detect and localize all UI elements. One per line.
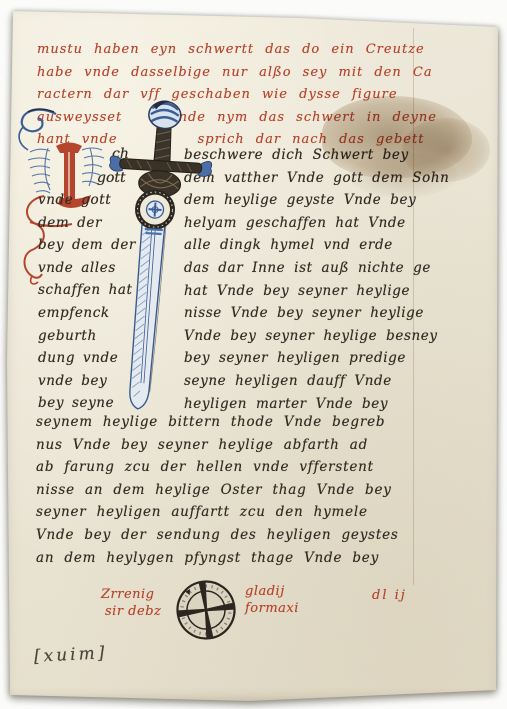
text-line: das dar Inne ist auß nichte ge	[184, 260, 449, 283]
colophon-text: gladij	[245, 583, 299, 600]
text-line: an dem heylygen pfyngst thage Vnde bey	[36, 550, 399, 573]
text-line: helyam geschaffen hat Vnde	[184, 215, 449, 238]
colophon-text: sir debz	[101, 603, 161, 620]
text-line: Vnde bey der sendung des heyligen geyste…	[36, 527, 399, 550]
footer-inscription: [xuim]	[34, 643, 108, 667]
sword-illustration	[93, 97, 217, 433]
text-line: seyne heyligen dauff Vnde	[184, 373, 449, 396]
blue-flourish-icon	[10, 104, 62, 156]
colophon-right: gladij formaxi	[245, 583, 299, 617]
text-line: beschwere dich Schwert bey	[184, 147, 449, 170]
text-line: Vnde bey seyner heylige besney	[184, 328, 449, 351]
page-shadow: 75 mustu haben eyn schwertt das do ein C…	[0, 0, 507, 709]
colophon-text: Zrrenig	[101, 586, 161, 603]
full-width-text-block: seynem heylige bittern thode Vnde begreb…	[36, 414, 399, 572]
rubric-line: mustu haben eyn schwertt das do ein Creu…	[37, 42, 437, 65]
right-text-column: beschwere dich Schwert bey dem vatther V…	[184, 147, 449, 418]
colophon-left: Zrrenig sir debz	[101, 586, 161, 620]
quire-signature: dl ij	[372, 588, 407, 603]
text-line: alle dingk hymel vnd erde	[184, 237, 449, 260]
colophon-text: formaxi	[245, 600, 299, 617]
manuscript-page: 75 mustu haben eyn schwertt das do ein C…	[0, 0, 507, 709]
rubric-line: habe vnde dasselbige nur alßo sey mit de…	[37, 65, 437, 88]
text-line: dem vatther Vnde gott dem Sohn	[184, 170, 449, 193]
text-line: dem heylige geyste Vnde bey	[184, 192, 449, 215]
text-line: nus Vnde bey seyner heylige abfarth ad	[36, 437, 399, 460]
cross-seal-diagram	[168, 576, 244, 646]
rubric-line: ausweyssetvnde nym das schwert in deyne	[37, 110, 437, 133]
folio-number: 75	[458, 12, 477, 27]
text-line: nisse an dem heylige Oster thag Vnde bey	[36, 482, 399, 505]
rubric-line: ractern dar vff geschaben wie dysse figu…	[37, 87, 437, 110]
text-line: seynem heylige bittern thode Vnde begreb	[36, 414, 399, 437]
text-line: nisse Vnde bey seyner heylige	[184, 305, 449, 328]
text-line: hat Vnde bey seyner heylige	[184, 283, 449, 306]
text-line: ab farung zcu der hellen vnde vfferstent	[36, 459, 399, 482]
text-line: bey seyner heyligen predige	[184, 350, 449, 373]
manuscript-photo: 75 mustu haben eyn schwertt das do ein C…	[0, 0, 507, 709]
sword-blade	[129, 217, 166, 410]
text-line: seyner heyligen auffartt zcu den hymele	[36, 504, 399, 527]
